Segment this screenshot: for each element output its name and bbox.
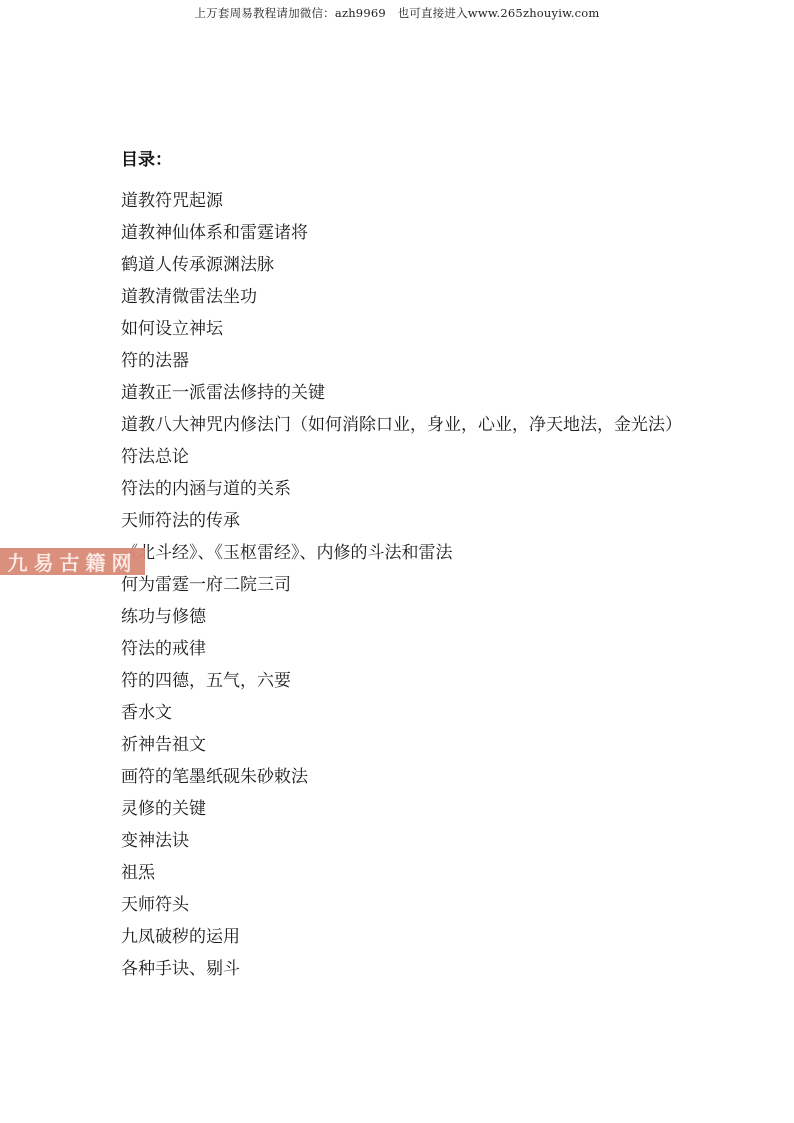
toc-item[interactable]: 练功与修德 [121,601,681,633]
toc-item[interactable]: 天师符头 [121,889,681,921]
toc-item[interactable]: 祈神告祖文 [121,729,681,761]
toc-item[interactable]: 画符的笔墨纸砚朱砂敕法 [121,761,681,793]
toc-item[interactable]: 天师符法的传承 [121,505,681,537]
toc-item[interactable]: 变神法诀 [121,825,681,857]
header-note: 上万套周易教程请加微信：azh9969 也可直接进入www.265zhouyiw… [0,5,794,21]
toc-title: 目录： [121,148,172,172]
toc-item[interactable]: 何为雷霆一府二院三司 [121,569,681,601]
toc-item[interactable]: 灵修的关键 [121,793,681,825]
watermark-logo: 九易古籍网 [0,548,145,575]
toc-item[interactable]: 香水文 [121,697,681,729]
toc-item[interactable]: 《北斗经》、《玉枢雷经》、内修的斗法和雷法 [121,537,681,569]
toc-item[interactable]: 符的法器 [121,345,681,377]
toc-item[interactable]: 符法的内涵与道的关系 [121,473,681,505]
toc-item[interactable]: 各种手诀、剔斗 [121,953,681,985]
toc-item[interactable]: 道教八大神咒内修法门（如何消除口业，身业，心业，净天地法，金光法） [121,409,681,441]
toc-item[interactable]: 符法的戒律 [121,633,681,665]
toc-item[interactable]: 九凤破秽的运用 [121,921,681,953]
toc-item[interactable]: 道教符咒起源 [121,185,681,217]
toc-item[interactable]: 道教正一派雷法修持的关键 [121,377,681,409]
toc-item[interactable]: 如何设立神坛 [121,313,681,345]
toc-list: 道教符咒起源 道教神仙体系和雷霆诸将 鹤道人传承源渊法脉 道教清微雷法坐功 如何… [121,185,681,985]
toc-item[interactable]: 祖炁 [121,857,681,889]
toc-item[interactable]: 道教清微雷法坐功 [121,281,681,313]
toc-item[interactable]: 符的四德，五气，六要 [121,665,681,697]
toc-item[interactable]: 道教神仙体系和雷霆诸将 [121,217,681,249]
toc-item[interactable]: 符法总论 [121,441,681,473]
toc-item[interactable]: 鹤道人传承源渊法脉 [121,249,681,281]
